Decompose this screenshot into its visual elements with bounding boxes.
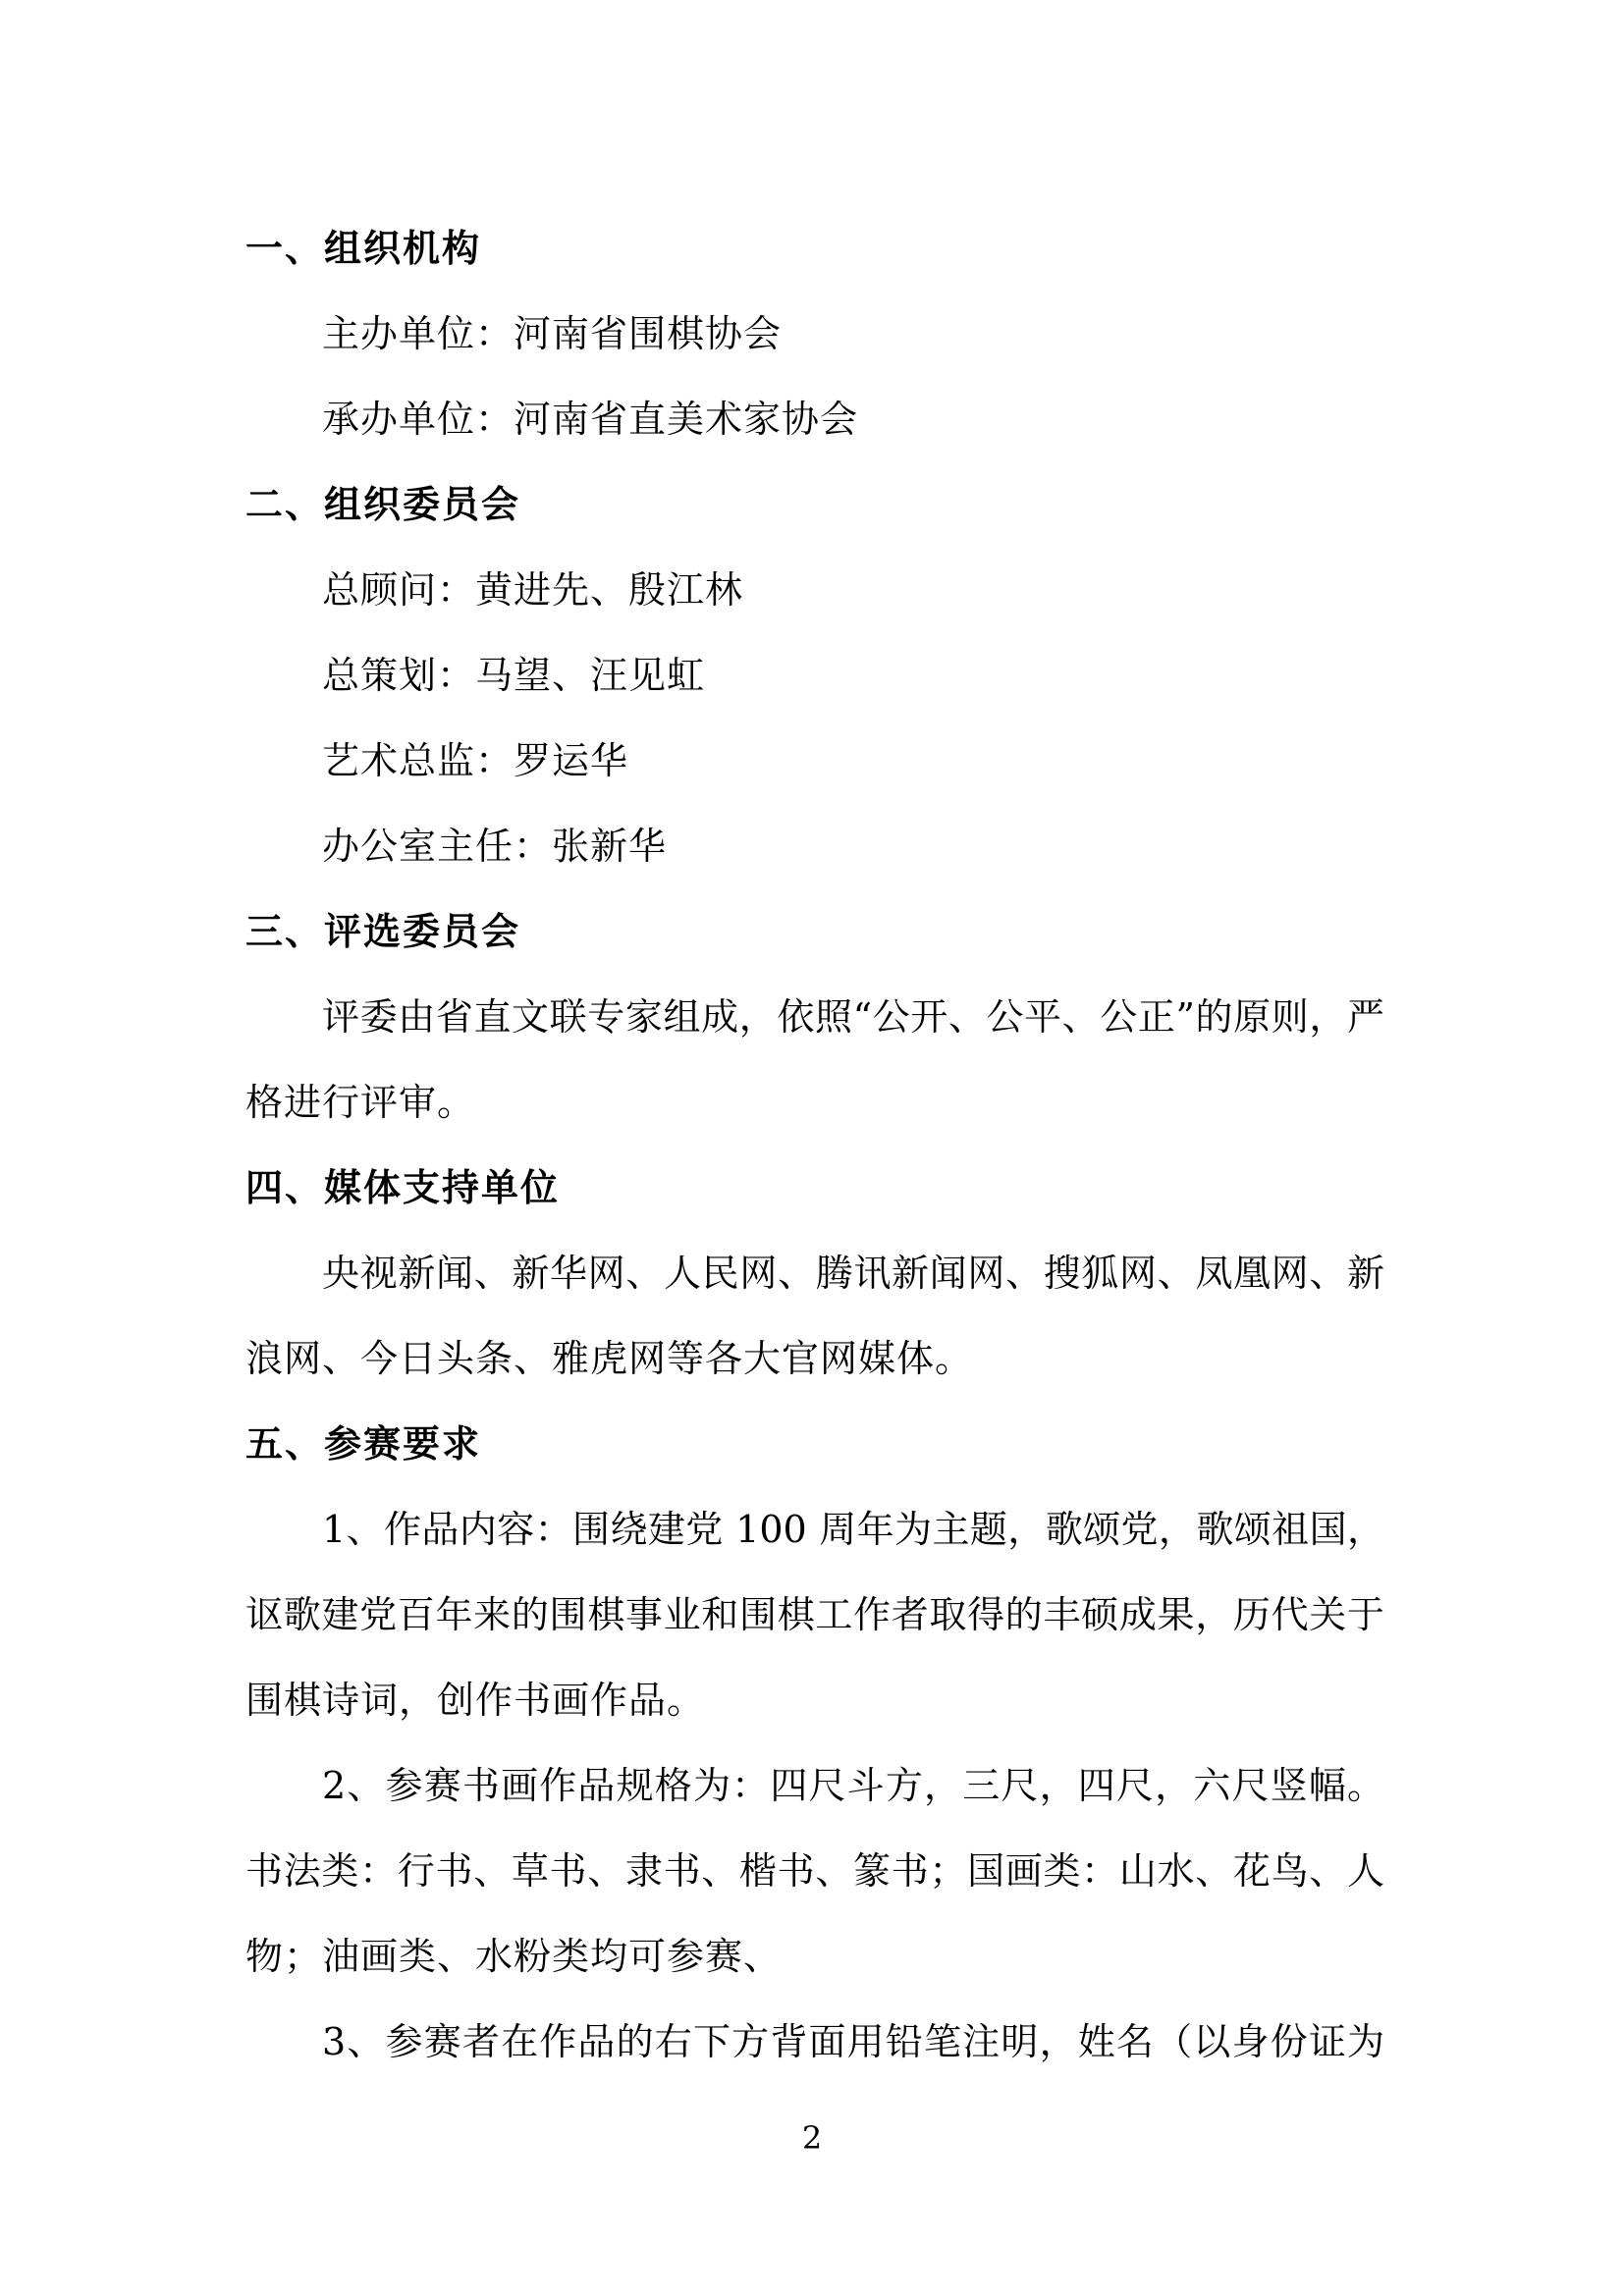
requirement-1-line-2: 讴歌建党百年来的围棋事业和围棋工作者取得的丰硕成果，历代关于 — [245, 1573, 1384, 1658]
art-director-line: 艺术总监：罗运华 — [245, 719, 1384, 804]
organizer-host-line: 主办单位：河南省围棋协会 — [245, 292, 1384, 377]
jury-paragraph-line-2: 格进行评审。 — [245, 1060, 1384, 1146]
section-heading-2: 二、组织委员会 — [245, 462, 1384, 548]
media-paragraph-line-1: 央视新闻、新华网、人民网、腾讯新闻网、搜狐网、凤凰网、新 — [245, 1231, 1384, 1316]
requirement-1-line-1: 1、作品内容：围绕建党 100 周年为主题，歌颂党，歌颂祖国， — [245, 1487, 1384, 1573]
chief-advisor-line: 总顾问：黄进先、殷江林 — [245, 548, 1384, 633]
page-number: 2 — [0, 2118, 1624, 2158]
media-paragraph-line-2: 浪网、今日头条、雅虎网等各大官网媒体。 — [245, 1316, 1384, 1402]
section-heading-1: 一、组织机构 — [245, 206, 1384, 292]
requirement-1-line-3: 围棋诗词，创作书画作品。 — [245, 1658, 1384, 1743]
requirement-3-line-1: 3、参赛者在作品的右下方背面用铅笔注明，姓名（以身份证为 — [245, 2000, 1384, 2085]
jury-paragraph-line-1: 评委由省直文联专家组成，依照“公开、公平、公正”的原则，严 — [245, 975, 1384, 1060]
requirement-2-line-2: 书法类：行书、草书、隶书、楷书、篆书；国画类：山水、花鸟、人 — [245, 1829, 1384, 1914]
section-heading-3: 三、评选委员会 — [245, 889, 1384, 975]
office-director-line: 办公室主任：张新华 — [245, 804, 1384, 889]
section-heading-4: 四、媒体支持单位 — [245, 1146, 1384, 1231]
requirement-2-line-3: 物；油画类、水粉类均可参赛、 — [245, 1914, 1384, 2000]
chief-planner-line: 总策划：马望、汪见虹 — [245, 633, 1384, 719]
document-body: 一、组织机构 主办单位：河南省围棋协会 承办单位：河南省直美术家协会 二、组织委… — [245, 206, 1384, 2085]
requirement-2-line-1: 2、参赛书画作品规格为：四尺斗方，三尺，四尺，六尺竖幅。 — [245, 1743, 1384, 1829]
document-page: 一、组织机构 主办单位：河南省围棋协会 承办单位：河南省直美术家协会 二、组织委… — [0, 0, 1624, 2296]
organizer-undertaker-line: 承办单位：河南省直美术家协会 — [245, 377, 1384, 462]
section-heading-5: 五、参赛要求 — [245, 1402, 1384, 1487]
